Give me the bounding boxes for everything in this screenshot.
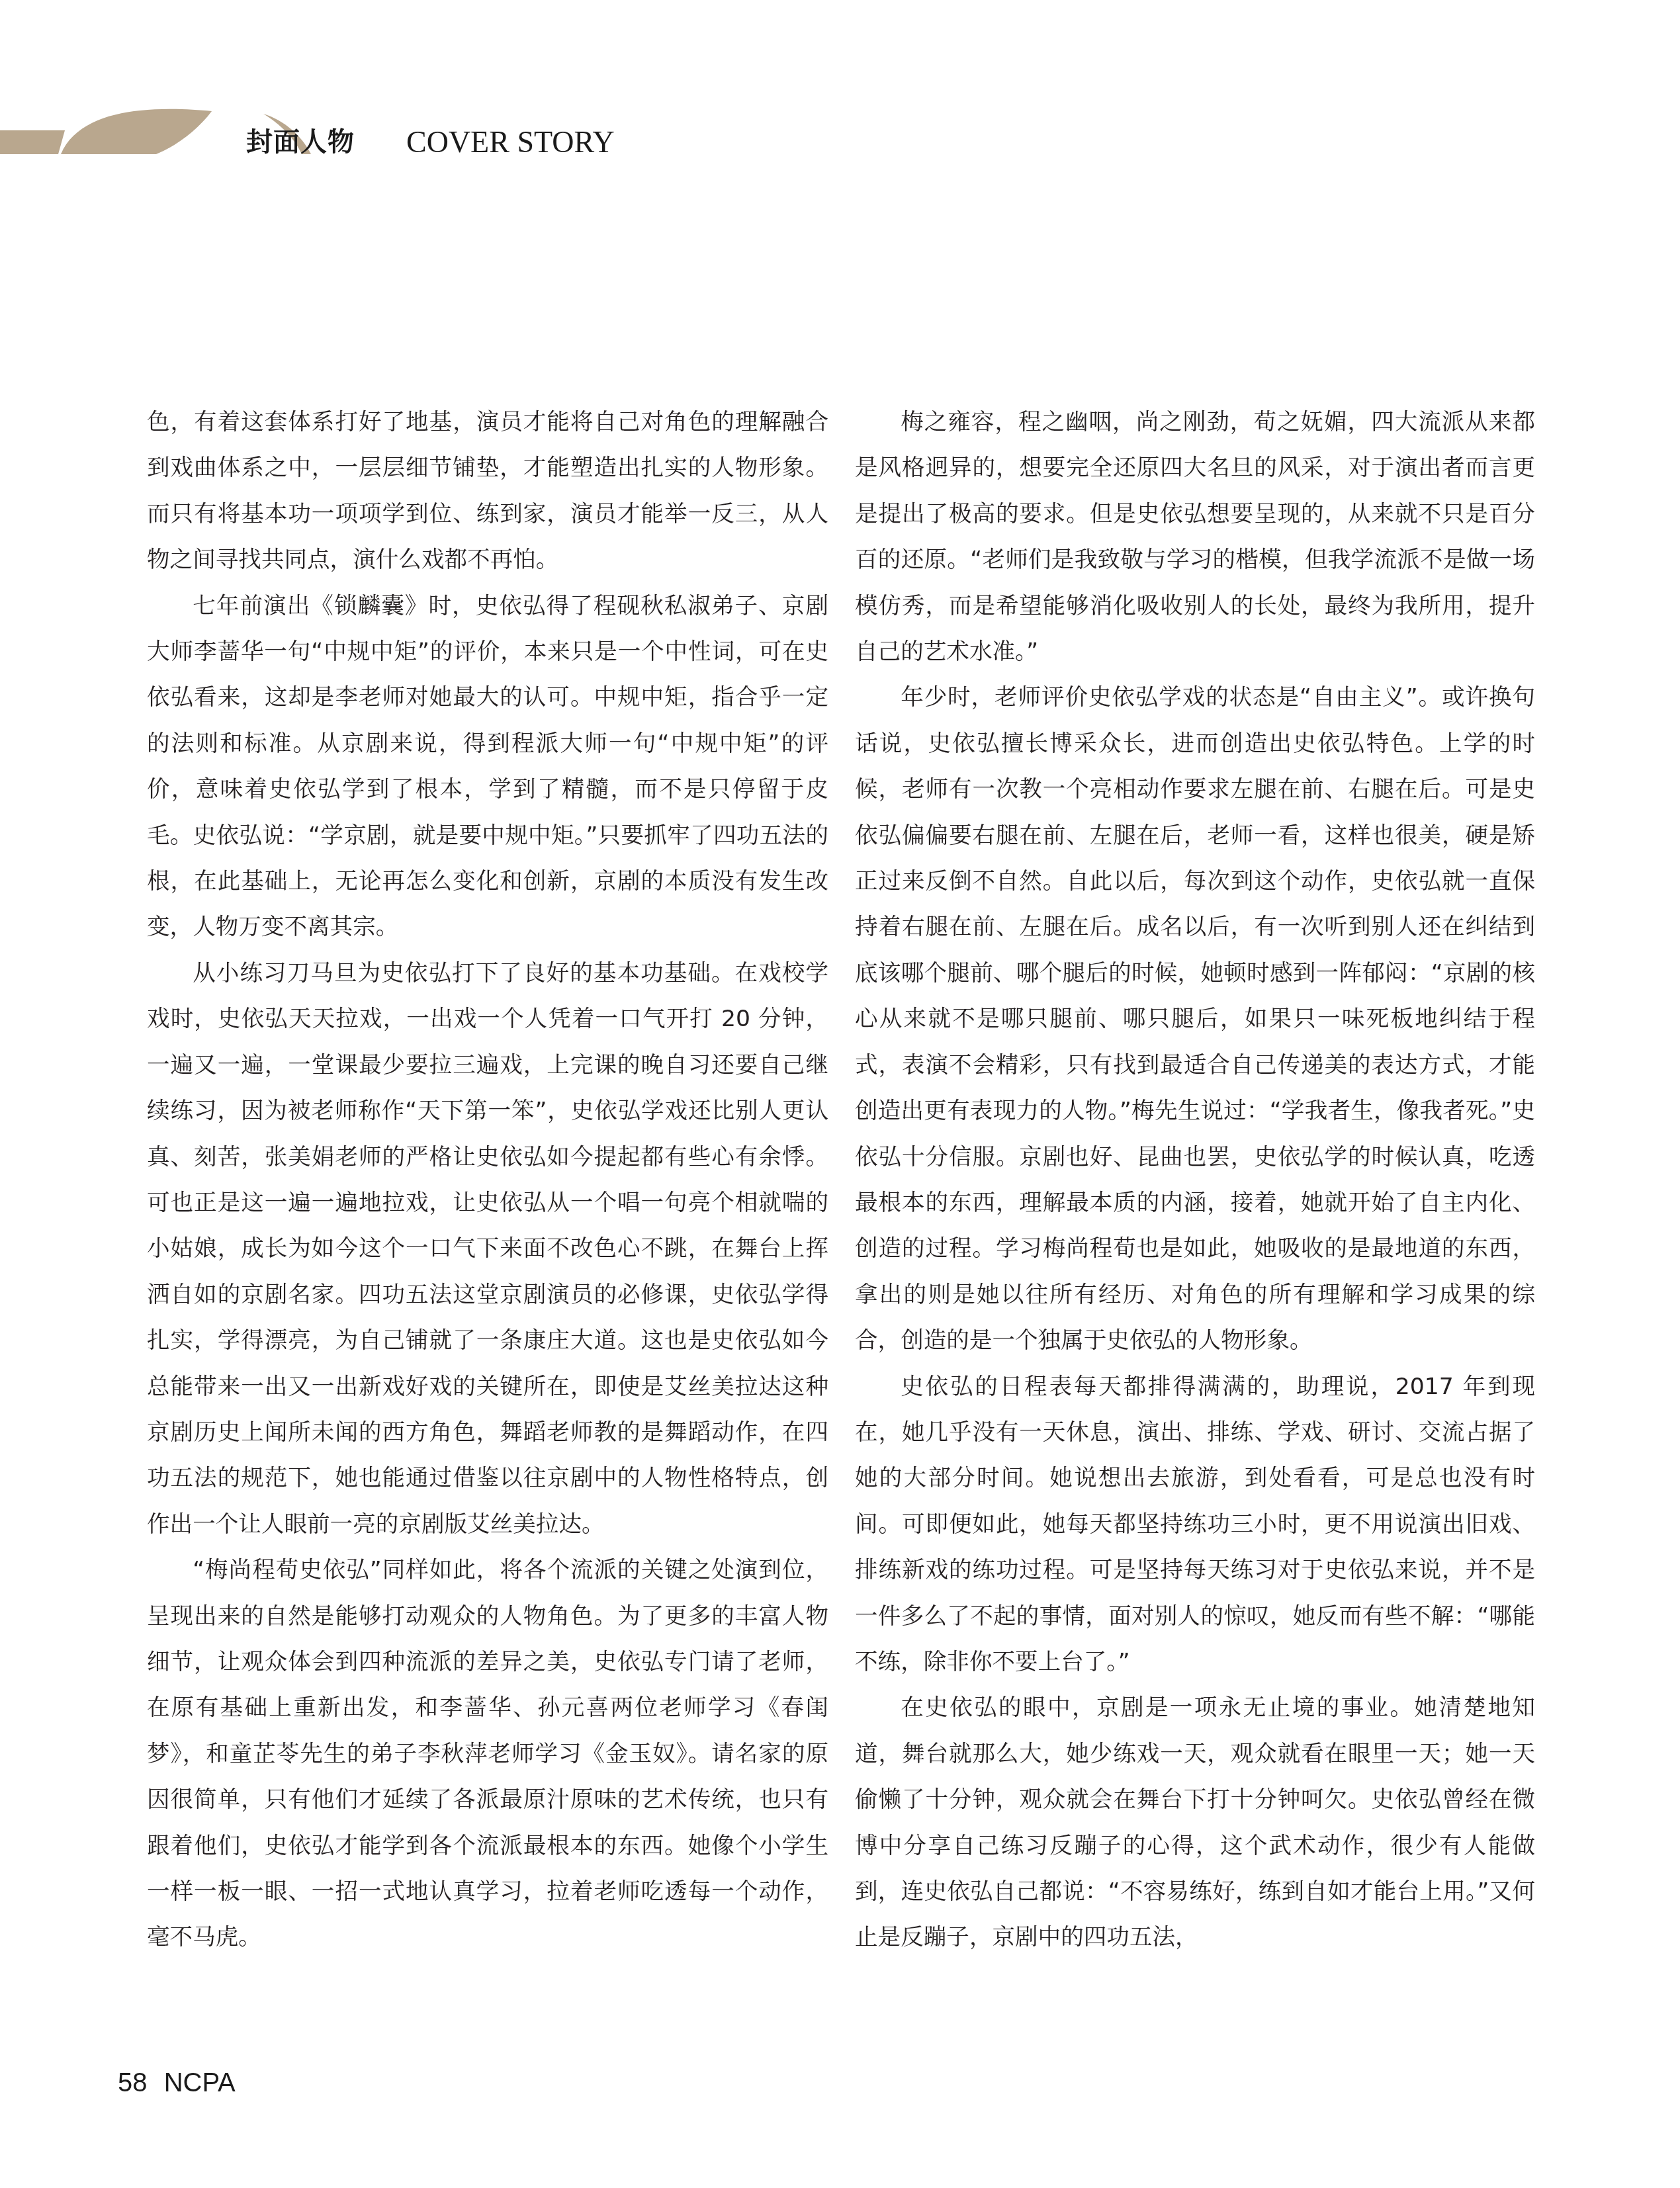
paragraph: 色，有着这套体系打好了地基，演员才能将自己对角色的理解融合到戏曲体系之中，一层层… [147, 400, 828, 584]
paragraph: 年少时，老师评价史依弘学戏的状态是“自由主义”。或许换句话说，史依弘擅长博采众长… [855, 675, 1535, 1364]
page-number: 58 [118, 2067, 148, 2099]
paragraph: 从小练习刀马旦为史依弘打下了良好的基本功基础。在戏校学戏时，史依弘天天拉戏，一出… [147, 951, 828, 1548]
section-title-en: COVER STORY [406, 126, 615, 159]
article-column-right: 梅之雍容，程之幽咽，尚之刚劲，荀之妩媚，四大流派从来都是风格迥异的，想要完全还原… [855, 400, 1535, 1961]
publication-name: NCPA [164, 2067, 236, 2099]
paragraph: 史依弘的日程表每天都排得满满的，助理说，2017 年到现在，她几乎没有一天休息，… [855, 1364, 1535, 1686]
article-column-left: 色，有着这套体系打好了地基，演员才能将自己对角色的理解融合到戏曲体系之中，一层层… [147, 400, 828, 1961]
section-header: 封面人物 COVER STORY [0, 99, 728, 179]
section-title-cn: 封面人物 [246, 128, 355, 157]
paragraph: 梅之雍容，程之幽咽，尚之刚劲，荀之妩媚，四大流派从来都是风格迥异的，想要完全还原… [855, 400, 1535, 675]
decorative-band-icon [0, 99, 728, 179]
paragraph: 七年前演出《锁麟囊》时，史依弘得了程砚秋私淑弟子、京剧大师李蔷华一句“中规中矩”… [147, 584, 828, 951]
paragraph: “梅尚程荀史依弘”同样如此，将各个流派的关键之处演到位，呈现出来的自然是能够打动… [147, 1548, 828, 1961]
page-footer: 58 NCPA [118, 2067, 236, 2099]
paragraph: 在史依弘的眼中，京剧是一项永无止境的事业。她清楚地知道，舞台就那么大，她少练戏一… [855, 1685, 1535, 1960]
